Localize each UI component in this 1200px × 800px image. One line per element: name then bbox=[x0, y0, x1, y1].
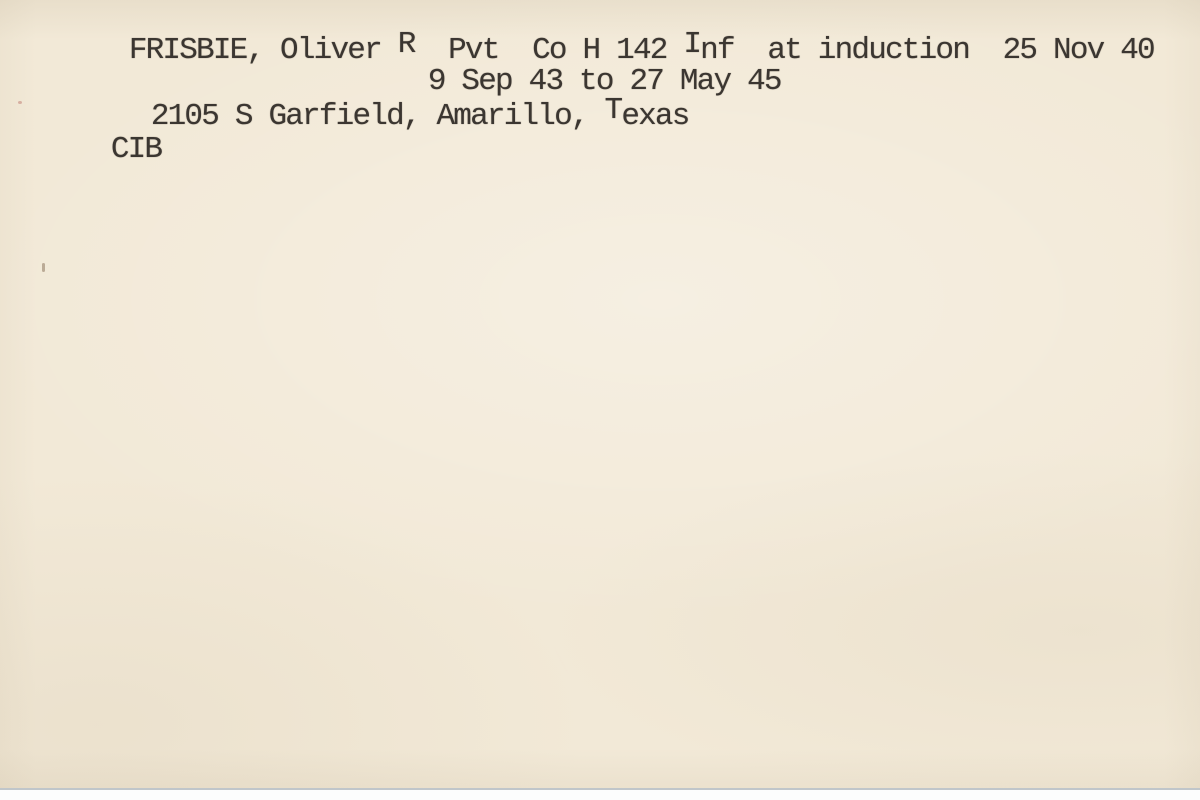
award-text: CIB bbox=[111, 132, 161, 167]
paper-speck bbox=[42, 263, 45, 272]
index-card-paper: FRISBIE, Oliver R Pvt Co H 142 Inf at in… bbox=[0, 0, 1200, 790]
address-text: 2105 S Garfield, Amarillo, bbox=[151, 99, 605, 134]
typed-line-award: CIB bbox=[10, 99, 161, 201]
scanned-index-card: FRISBIE, Oliver R Pvt Co H 142 Inf at in… bbox=[0, 0, 1200, 800]
state-initial-superscript: T bbox=[605, 93, 622, 128]
paper-speck bbox=[18, 101, 22, 104]
scanner-background-strip bbox=[0, 790, 1200, 800]
state-text: exas bbox=[621, 99, 688, 134]
